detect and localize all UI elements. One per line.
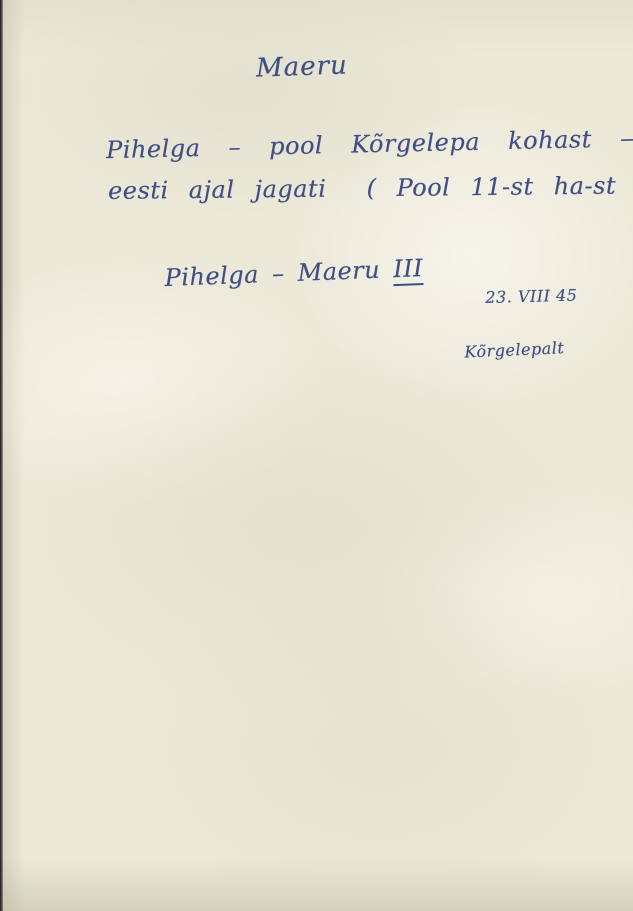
place-note: Kõrgelepalt: [464, 335, 579, 366]
date-note: 23. VIII 45: [485, 286, 577, 307]
roman-numeral-underlined: III: [393, 254, 424, 286]
handwritten-line-2: eesti ajal jagati ( Pool 11-st ha-st ).: [108, 171, 633, 205]
scan-edge-left: [0, 0, 3, 911]
page-title: Maeru: [256, 50, 349, 83]
handwritten-line-3-text: Pihelga – Maeru: [164, 255, 394, 292]
date-place-annotation: 23. VIII 45 Kõrgelepalt: [462, 257, 580, 418]
handwritten-line-1: Pihelga – pool Kõrgelepa kohast —: [106, 124, 633, 164]
handwritten-line-3: Pihelga – Maeru III: [111, 226, 425, 322]
scanned-document-page: Maeru Pihelga – pool Kõrgelepa kohast — …: [0, 0, 633, 911]
